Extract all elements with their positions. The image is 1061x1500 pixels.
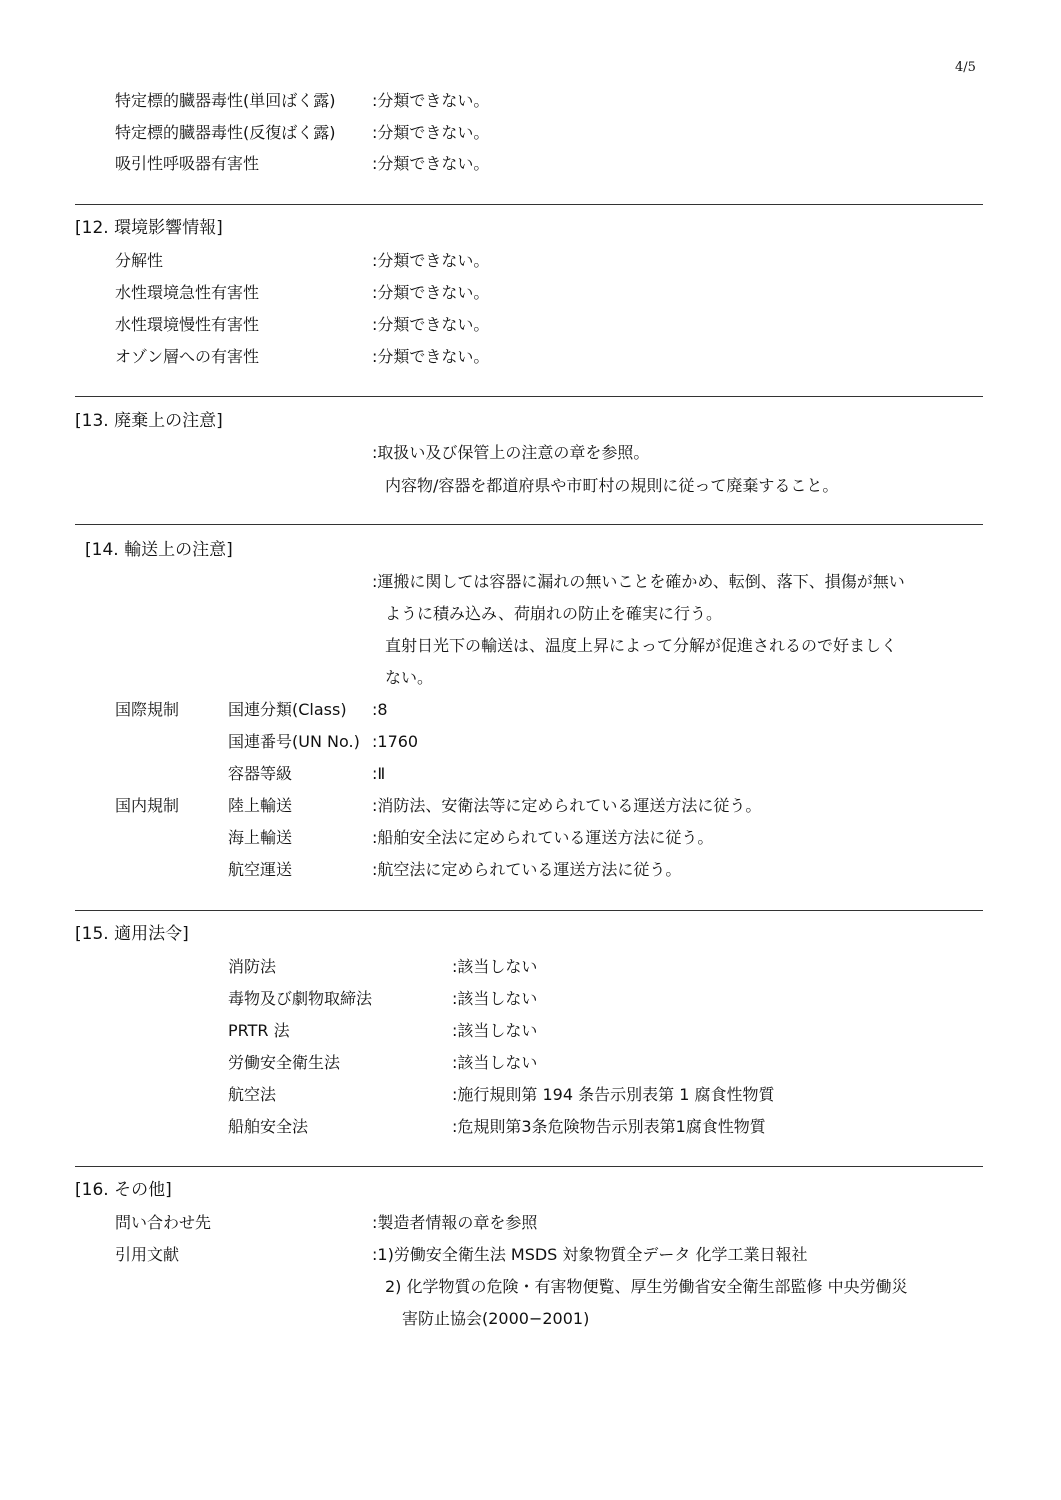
value-degradability: :分類できない。 [372,251,489,271]
label-sea-transport: 海上輸送 [228,828,292,848]
section-16-title: [16. その他] [75,1180,172,1200]
value-labor-safety-law: :該当しない [452,1053,537,1073]
label-packing-group: 容器等級 [228,764,292,784]
value-fire-law: :該当しない [452,957,537,977]
value-land-transport: :消防法、安衛法等に定められている運送方法に従う。 [372,796,761,816]
section-13-title: [13. 廃棄上の注意] [75,411,223,431]
label-prtr-law: PRTR 法 [228,1021,290,1041]
label-land-transport: 陸上輸送 [228,796,292,816]
value-un-class: :8 [372,700,388,720]
label-stot-single: 特定標的臓器毒性(単回ばく露) [115,91,336,111]
intl-regulation-label: 国際規制 [115,700,179,720]
label-aquatic-acute: 水性環境急性有害性 [115,283,259,303]
divider [75,910,983,911]
value-contact: :製造者情報の章を参照 [372,1213,537,1233]
transport-line-4: ない。 [385,668,433,688]
value-aquatic-chronic: :分類できない。 [372,315,489,335]
value-aviation-law: :施行規則第 194 条告示別表第 1 腐食性物質 [452,1085,774,1105]
label-aquatic-chronic: 水性環境慢性有害性 [115,315,259,335]
divider [75,524,983,525]
value-prtr-law: :該当しない [452,1021,537,1041]
value-air-transport: :航空法に定められている運送方法に従う。 [372,860,681,880]
label-un-number: 国連番号(UN No.) [228,732,360,752]
domestic-regulation-label: 国内規制 [115,796,179,816]
label-un-class: 国連分類(Class) [228,700,347,720]
divider [75,204,983,205]
reference-2-cont: 害防止協会(2000−2001) [402,1309,589,1329]
value-un-number: :1760 [372,732,418,752]
label-ship-safety-law: 船舶安全法 [228,1117,308,1137]
value-packing-group: :Ⅱ [372,764,385,784]
reference-2: 2) 化学物質の危険・有害物便覧、厚生労働省安全衛生部監修 中央労働災 [385,1277,908,1297]
reference-1: :1)労働安全衛生法 MSDS 対象物質全データ 化学工業日報社 [372,1245,808,1265]
transport-line-1: :運搬に関しては容器に漏れの無いことを確かめ、転倒、落下、損傷が無い [372,572,905,592]
label-references: 引用文献 [115,1245,179,1265]
label-stot-repeat: 特定標的臓器毒性(反復ばく露) [115,123,336,143]
value-ozone: :分類できない。 [372,347,489,367]
section-12-title: [12. 環境影響情報] [75,218,223,238]
disposal-line-1: :取扱い及び保管上の注意の章を参照。 [372,443,649,463]
value-stot-repeat: :分類できない。 [372,123,489,143]
label-labor-safety-law: 労働安全衛生法 [228,1053,340,1073]
value-aquatic-acute: :分類できない。 [372,283,489,303]
value-poison-law: :該当しない [452,989,537,1009]
divider [75,396,983,397]
label-degradability: 分解性 [115,251,163,271]
label-fire-law: 消防法 [228,957,276,977]
label-contact: 問い合わせ先 [115,1213,211,1233]
divider [75,1166,983,1167]
label-poison-law: 毒物及び劇物取締法 [228,989,372,1009]
value-ship-safety-law: :危規則第3条危険物告示別表第1腐食性物質 [452,1117,766,1137]
disposal-line-2: 内容物/容器を都道府県や市町村の規則に従って廃棄すること。 [385,476,838,496]
label-air-transport: 航空運送 [228,860,292,880]
section-15-title: [15. 適用法令] [75,924,189,944]
transport-line-3: 直射日光下の輸送は、温度上昇によって分解が促進されるので好ましく [385,636,897,656]
page-number: 4/5 [955,58,976,78]
label-ozone: オゾン層への有害性 [115,347,259,367]
value-sea-transport: :船舶安全法に定められている運送方法に従う。 [372,828,713,848]
section-14-title: [14. 輸送上の注意] [85,540,233,560]
value-aspiration: :分類できない。 [372,154,489,174]
value-stot-single: :分類できない。 [372,91,489,111]
label-aviation-law: 航空法 [228,1085,276,1105]
label-aspiration: 吸引性呼吸器有害性 [115,154,259,174]
transport-line-2: ように積み込み、荷崩れの防止を確実に行う。 [385,604,722,624]
